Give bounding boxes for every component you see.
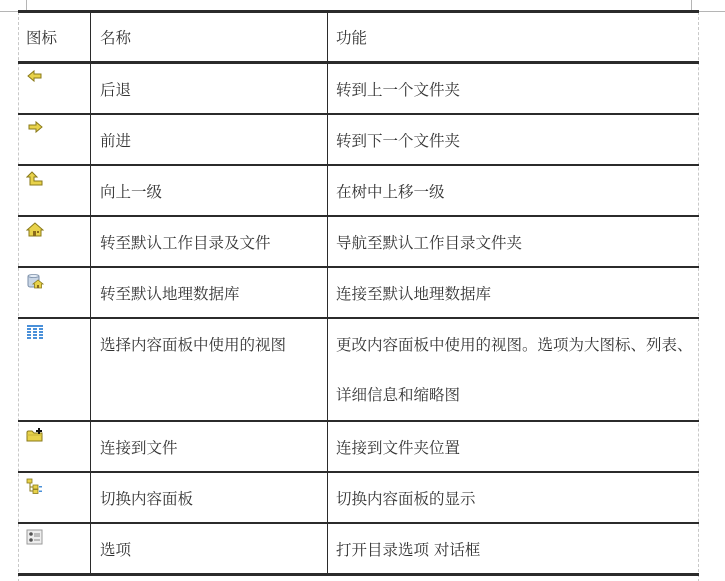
- row-name: 前进: [100, 115, 327, 151]
- row-name: 后退: [100, 64, 327, 100]
- row-name: 连接到文件: [100, 422, 327, 458]
- row-function: 在树中上移一级: [336, 166, 699, 202]
- row-function: 连接到文件夹位置: [336, 422, 699, 458]
- crop-mark-left-horizontal: [0, 11, 18, 12]
- row-function: 打开目录选项 对话框: [336, 524, 699, 560]
- table-row: 后退 转到上一个文件夹: [18, 63, 699, 115]
- table-row: 前进 转到下一个文件夹: [18, 114, 699, 165]
- row-function: 转到上一个文件夹: [336, 64, 699, 100]
- table-row: 选择内容面板中使用的视图 更改内容面板中使用的视图。选项为大图标、列表、详细信息…: [18, 318, 699, 421]
- connect-folder-icon: [26, 427, 44, 443]
- crop-mark-right-horizontal: [699, 11, 725, 12]
- table-row: 切换内容面板 切换内容面板的显示: [18, 472, 699, 523]
- table-row: 选项 打开目录选项 对话框: [18, 523, 699, 575]
- table-row: 转至默认工作目录及文件 导航至默认工作目录文件夹: [18, 216, 699, 267]
- table-row: 连接到文件 连接到文件夹位置: [18, 421, 699, 472]
- row-name: 转至默认地理数据库: [100, 268, 327, 304]
- row-name: 选项: [100, 524, 327, 560]
- home-folder-icon: [26, 222, 44, 238]
- row-function: 切换内容面板的显示: [336, 473, 699, 509]
- header-icon: 图标: [18, 12, 91, 63]
- up-level-arrow-icon: [26, 171, 44, 187]
- toggle-contents-panel-icon: [26, 478, 44, 494]
- row-function: 导航至默认工作目录文件夹: [336, 217, 699, 253]
- header-name: 名称: [91, 12, 328, 63]
- toolbar-icon-table: 图标 名称 功能 后退 转到上一个文件夹 前进 转到下一个文件夹 向上一级 在: [18, 10, 699, 576]
- row-name: 选择内容面板中使用的视图: [100, 319, 327, 355]
- row-function: 更改内容面板中使用的视图。选项为大图标、列表、详细信息和缩略图: [336, 319, 699, 420]
- row-name: 转至默认工作目录及文件: [100, 217, 327, 253]
- header-function: 功能: [328, 12, 700, 63]
- home-geodatabase-icon: [26, 273, 44, 289]
- table-row: 转至默认地理数据库 连接至默认地理数据库: [18, 267, 699, 318]
- options-list-icon: [26, 529, 44, 545]
- view-grid-icon: [26, 324, 44, 340]
- table-header-row: 图标 名称 功能: [18, 12, 699, 63]
- row-function: 连接至默认地理数据库: [336, 268, 699, 304]
- row-name: 向上一级: [100, 166, 327, 202]
- forward-arrow-icon: [26, 120, 44, 136]
- row-name: 切换内容面板: [100, 473, 327, 509]
- back-arrow-icon: [26, 69, 44, 85]
- row-function: 转到下一个文件夹: [336, 115, 699, 151]
- table-row: 向上一级 在树中上移一级: [18, 165, 699, 216]
